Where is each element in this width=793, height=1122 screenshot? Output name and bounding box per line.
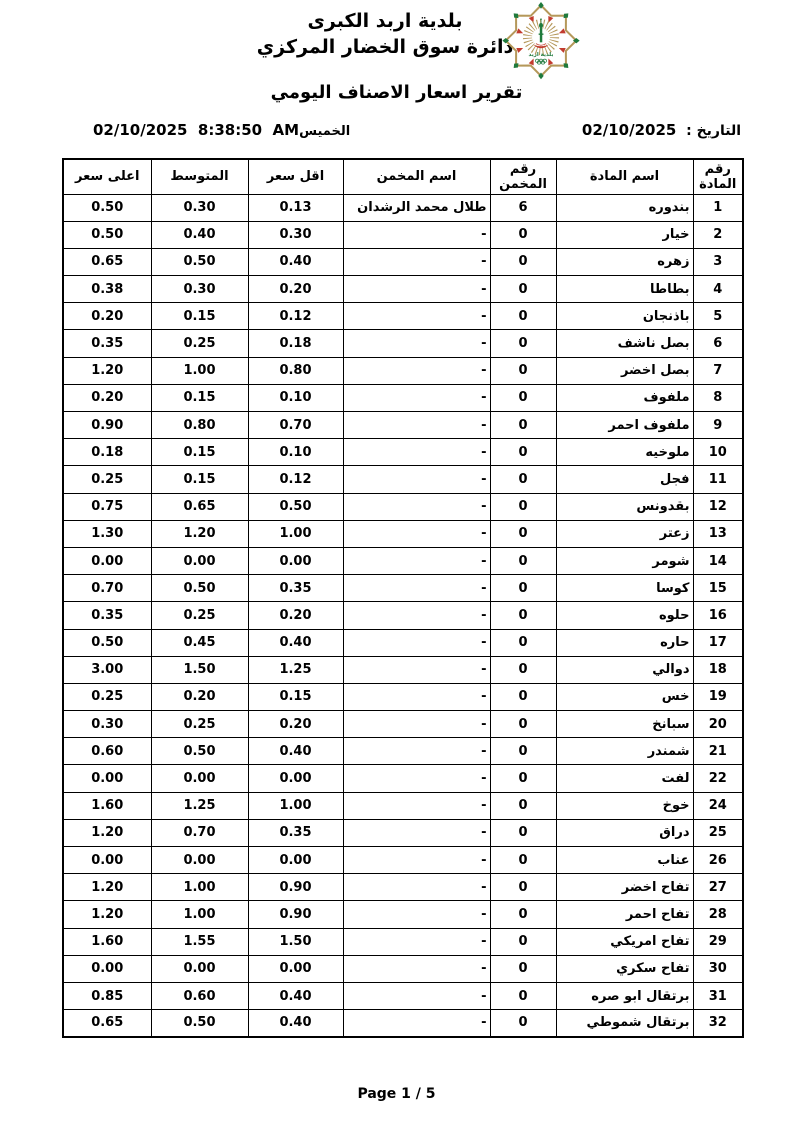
table-row: 19خس0-0.150.200.25	[63, 683, 743, 710]
organization-department: دائرة سوق الخضار المركزي	[235, 34, 535, 60]
avg-price: 0.20	[151, 683, 248, 710]
avg-price: 0.50	[151, 1010, 248, 1037]
avg-price: 0.15	[151, 384, 248, 411]
max-price: 0.85	[63, 982, 151, 1009]
assessor-number: 0	[490, 765, 556, 792]
item-name: برتقال شموطي	[556, 1010, 693, 1037]
min-price: 0.70	[248, 412, 343, 439]
max-price: 0.25	[63, 466, 151, 493]
assessor-number: 0	[490, 384, 556, 411]
avg-price: 0.25	[151, 330, 248, 357]
item-name: كوسا	[556, 575, 693, 602]
table-row: 4بطاطا0-0.200.300.38	[63, 276, 743, 303]
assessor-name: -	[343, 303, 490, 330]
item-number: 9	[693, 412, 743, 439]
table-row: 25دراق0-0.350.701.20	[63, 819, 743, 846]
item-number: 26	[693, 847, 743, 874]
avg-price: 0.80	[151, 412, 248, 439]
max-price: 0.00	[63, 847, 151, 874]
item-number: 8	[693, 384, 743, 411]
avg-price: 0.30	[151, 194, 248, 221]
table-row: 27تفاح اخضر0-0.901.001.20	[63, 874, 743, 901]
table-row: 29تفاح امريكي0-1.501.551.60	[63, 928, 743, 955]
assessor-number: 0	[490, 874, 556, 901]
item-number: 22	[693, 765, 743, 792]
max-price: 0.50	[63, 194, 151, 221]
municipality-logo-icon: بلدية اربد	[496, 2, 586, 86]
max-price: 1.30	[63, 520, 151, 547]
table-row: 28تفاح احمر0-0.901.001.20	[63, 901, 743, 928]
min-price: 0.80	[248, 357, 343, 384]
item-name: شمندر	[556, 738, 693, 765]
assessor-name: -	[343, 711, 490, 738]
min-price: 0.10	[248, 384, 343, 411]
item-number: 6	[693, 330, 743, 357]
avg-price: 0.00	[151, 765, 248, 792]
max-price: 0.35	[63, 602, 151, 629]
assessor-number: 0	[490, 575, 556, 602]
assessor-number: 6	[490, 194, 556, 221]
assessor-name: -	[343, 928, 490, 955]
assessor-number: 0	[490, 792, 556, 819]
assessor-name: -	[343, 602, 490, 629]
item-number: 16	[693, 602, 743, 629]
min-price: 0.20	[248, 276, 343, 303]
table-row: 12بقدونس0-0.500.650.75	[63, 493, 743, 520]
table-row: 22لفت0-0.000.000.00	[63, 765, 743, 792]
item-number: 10	[693, 439, 743, 466]
assessor-name: -	[343, 547, 490, 574]
avg-price: 1.20	[151, 520, 248, 547]
assessor-number: 0	[490, 520, 556, 547]
min-price: 0.90	[248, 874, 343, 901]
min-price: 1.00	[248, 792, 343, 819]
item-number: 1	[693, 194, 743, 221]
item-number: 28	[693, 901, 743, 928]
item-name: تفاح امريكي	[556, 928, 693, 955]
item-name: بصل ناشف	[556, 330, 693, 357]
organization-name: بلدية اربد الكبرى	[235, 8, 535, 34]
max-price: 0.20	[63, 384, 151, 411]
organization-header: بلدية اربد الكبرى دائرة سوق الخضار المرك…	[235, 8, 535, 60]
assessor-name: -	[343, 221, 490, 248]
item-number: 4	[693, 276, 743, 303]
assessor-name: -	[343, 982, 490, 1009]
max-price: 1.20	[63, 819, 151, 846]
max-price: 0.38	[63, 276, 151, 303]
min-price: 0.12	[248, 466, 343, 493]
table-row: 30تفاح سكري0-0.000.000.00	[63, 955, 743, 982]
item-name: ملفوف	[556, 384, 693, 411]
avg-price: 1.55	[151, 928, 248, 955]
item-name: خس	[556, 683, 693, 710]
item-number: 27	[693, 874, 743, 901]
table-row: 2خيار0-0.300.400.50	[63, 221, 743, 248]
max-price: 0.75	[63, 493, 151, 520]
item-name: بطاطا	[556, 276, 693, 303]
item-number: 19	[693, 683, 743, 710]
min-price: 0.50	[248, 493, 343, 520]
item-name: حلوه	[556, 602, 693, 629]
max-price: 0.60	[63, 738, 151, 765]
col-header-min-price: اقل سعر	[248, 159, 343, 194]
assessor-name: -	[343, 357, 490, 384]
assessor-name: -	[343, 276, 490, 303]
print-timestamp: الخميس02/10/2025 8:38:50 AM	[85, 121, 350, 139]
item-number: 21	[693, 738, 743, 765]
max-price: 1.60	[63, 792, 151, 819]
avg-price: 0.70	[151, 819, 248, 846]
max-price: 0.25	[63, 683, 151, 710]
item-name: تفاح اخضر	[556, 874, 693, 901]
assessor-name: -	[343, 1010, 490, 1037]
item-number: 7	[693, 357, 743, 384]
max-price: 1.20	[63, 901, 151, 928]
item-number: 25	[693, 819, 743, 846]
assessor-number: 0	[490, 547, 556, 574]
item-name: باذنجان	[556, 303, 693, 330]
assessor-name: -	[343, 792, 490, 819]
col-header-assessor-name: اسم المخمن	[343, 159, 490, 194]
item-name: زهره	[556, 248, 693, 275]
min-price: 1.00	[248, 520, 343, 547]
item-name: بندوره	[556, 194, 693, 221]
item-number: 3	[693, 248, 743, 275]
assessor-name: -	[343, 520, 490, 547]
table-row: 32برتقال شموطي0-0.400.500.65	[63, 1010, 743, 1037]
assessor-number: 0	[490, 439, 556, 466]
assessor-number: 0	[490, 629, 556, 656]
item-name: لفت	[556, 765, 693, 792]
min-price: 0.20	[248, 711, 343, 738]
table-row: 1بندوره6طلال محمد الرشدان0.130.300.50	[63, 194, 743, 221]
max-price: 0.50	[63, 629, 151, 656]
max-price: 0.30	[63, 711, 151, 738]
table-row: 15كوسا0-0.350.500.70	[63, 575, 743, 602]
assessor-number: 0	[490, 412, 556, 439]
table-row: 6بصل ناشف0-0.180.250.35	[63, 330, 743, 357]
avg-price: 0.50	[151, 248, 248, 275]
item-name: تفاح احمر	[556, 901, 693, 928]
assessor-number: 0	[490, 466, 556, 493]
table-row: 21شمندر0-0.400.500.60	[63, 738, 743, 765]
table-row: 11فجل0-0.120.150.25	[63, 466, 743, 493]
assessor-name: -	[343, 955, 490, 982]
min-price: 1.25	[248, 656, 343, 683]
assessor-number: 0	[490, 955, 556, 982]
item-number: 31	[693, 982, 743, 1009]
assessor-number: 0	[490, 221, 556, 248]
table-row: 18دوالي0-1.251.503.00	[63, 656, 743, 683]
item-name: بصل اخضر	[556, 357, 693, 384]
weekday-label: الخميس	[299, 124, 350, 139]
max-price: 0.50	[63, 221, 151, 248]
assessor-number: 0	[490, 330, 556, 357]
max-price: 1.60	[63, 928, 151, 955]
min-price: 0.00	[248, 955, 343, 982]
assessor-name: -	[343, 384, 490, 411]
min-price: 0.40	[248, 982, 343, 1009]
item-name: دوالي	[556, 656, 693, 683]
item-name: شومر	[556, 547, 693, 574]
item-number: 17	[693, 629, 743, 656]
table-row: 5باذنجان0-0.120.150.20	[63, 303, 743, 330]
prices-table: رقم المادة اسم المادة رقم المخمن اسم الم…	[62, 158, 744, 1038]
table-row: 8ملفوف0-0.100.150.20	[63, 384, 743, 411]
assessor-name: -	[343, 683, 490, 710]
assessor-name: -	[343, 656, 490, 683]
assessor-number: 0	[490, 493, 556, 520]
item-number: 14	[693, 547, 743, 574]
item-name: سبانخ	[556, 711, 693, 738]
max-price: 0.90	[63, 412, 151, 439]
table-row: 9ملفوف احمر0-0.700.800.90	[63, 412, 743, 439]
min-price: 0.00	[248, 847, 343, 874]
col-header-assessor-number: رقم المخمن	[490, 159, 556, 194]
min-price: 0.30	[248, 221, 343, 248]
assessor-number: 0	[490, 928, 556, 955]
avg-price: 1.00	[151, 357, 248, 384]
avg-price: 0.00	[151, 547, 248, 574]
item-number: 11	[693, 466, 743, 493]
min-price: 0.15	[248, 683, 343, 710]
avg-price: 0.60	[151, 982, 248, 1009]
avg-price: 1.25	[151, 792, 248, 819]
assessor-number: 0	[490, 847, 556, 874]
assessor-name: -	[343, 248, 490, 275]
assessor-name: -	[343, 493, 490, 520]
assessor-name: -	[343, 819, 490, 846]
date-value: 02/10/2025	[582, 121, 676, 139]
assessor-number: 0	[490, 602, 556, 629]
item-number: 32	[693, 1010, 743, 1037]
table-row: 17حاره0-0.400.450.50	[63, 629, 743, 656]
col-header-item-name: اسم المادة	[556, 159, 693, 194]
min-price: 0.40	[248, 1010, 343, 1037]
item-number: 24	[693, 792, 743, 819]
assessor-number: 0	[490, 982, 556, 1009]
max-price: 0.18	[63, 439, 151, 466]
assessor-number: 0	[490, 901, 556, 928]
assessor-name: -	[343, 439, 490, 466]
table-row: 14شومر0-0.000.000.00	[63, 547, 743, 574]
max-price: 0.00	[63, 547, 151, 574]
svg-text:بلدية اربد: بلدية اربد	[529, 52, 554, 58]
assessor-name: -	[343, 847, 490, 874]
date-label: التاريخ :	[676, 123, 741, 139]
item-number: 30	[693, 955, 743, 982]
min-price: 0.20	[248, 602, 343, 629]
min-price: 0.00	[248, 765, 343, 792]
assessor-number: 0	[490, 1010, 556, 1037]
assessor-number: 0	[490, 357, 556, 384]
table-row: 16حلوه0-0.200.250.35	[63, 602, 743, 629]
min-price: 0.18	[248, 330, 343, 357]
avg-price: 0.65	[151, 493, 248, 520]
min-price: 0.12	[248, 303, 343, 330]
assessor-name: -	[343, 330, 490, 357]
item-name: فجل	[556, 466, 693, 493]
min-price: 0.00	[248, 547, 343, 574]
assessor-name: -	[343, 629, 490, 656]
avg-price: 1.50	[151, 656, 248, 683]
item-name: حاره	[556, 629, 693, 656]
item-name: خيار	[556, 221, 693, 248]
item-name: ملفوف احمر	[556, 412, 693, 439]
item-number: 5	[693, 303, 743, 330]
table-row: 26عناب0-0.000.000.00	[63, 847, 743, 874]
avg-price: 0.25	[151, 711, 248, 738]
table-row: 7بصل اخضر0-0.801.001.20	[63, 357, 743, 384]
page-number: Page 1 / 5	[0, 1086, 793, 1102]
table-row: 3زهره0-0.400.500.65	[63, 248, 743, 275]
min-price: 0.13	[248, 194, 343, 221]
max-price: 0.20	[63, 303, 151, 330]
report-date: التاريخ : 02/10/2025	[582, 121, 741, 139]
assessor-name: -	[343, 874, 490, 901]
assessor-number: 0	[490, 248, 556, 275]
max-price: 0.00	[63, 765, 151, 792]
assessor-name: -	[343, 738, 490, 765]
max-price: 1.20	[63, 357, 151, 384]
col-header-avg-price: المتوسط	[151, 159, 248, 194]
table-header-row: رقم المادة اسم المادة رقم المخمن اسم الم…	[63, 159, 743, 194]
avg-price: 0.00	[151, 955, 248, 982]
assessor-name: -	[343, 412, 490, 439]
avg-price: 0.15	[151, 303, 248, 330]
assessor-name: -	[343, 765, 490, 792]
datetime-value: 02/10/2025 8:38:50 AM	[93, 121, 299, 139]
avg-price: 0.15	[151, 466, 248, 493]
item-name: خوخ	[556, 792, 693, 819]
avg-price: 1.00	[151, 901, 248, 928]
avg-price: 0.30	[151, 276, 248, 303]
report-title: تقرير اسعار الاصناف اليومي	[0, 82, 793, 103]
col-header-max-price: اعلى سعر	[63, 159, 151, 194]
min-price: 0.35	[248, 575, 343, 602]
avg-price: 0.50	[151, 738, 248, 765]
min-price: 0.40	[248, 248, 343, 275]
min-price: 0.40	[248, 738, 343, 765]
min-price: 1.50	[248, 928, 343, 955]
table-row: 31برتقال ابو صره0-0.400.600.85	[63, 982, 743, 1009]
item-number: 12	[693, 493, 743, 520]
item-name: تفاح سكري	[556, 955, 693, 982]
max-price: 0.70	[63, 575, 151, 602]
item-name: عناب	[556, 847, 693, 874]
max-price: 3.00	[63, 656, 151, 683]
max-price: 1.20	[63, 874, 151, 901]
item-number: 29	[693, 928, 743, 955]
assessor-name: -	[343, 466, 490, 493]
item-name: دراق	[556, 819, 693, 846]
avg-price: 0.15	[151, 439, 248, 466]
max-price: 0.65	[63, 248, 151, 275]
avg-price: 0.50	[151, 575, 248, 602]
assessor-name: -	[343, 575, 490, 602]
min-price: 0.40	[248, 629, 343, 656]
report-page: بلدية اربد الكبرى دائرة سوق الخضار المرك…	[0, 0, 793, 1122]
assessor-number: 0	[490, 819, 556, 846]
item-name: زعتر	[556, 520, 693, 547]
item-name: برتقال ابو صره	[556, 982, 693, 1009]
item-number: 18	[693, 656, 743, 683]
item-number: 2	[693, 221, 743, 248]
item-number: 15	[693, 575, 743, 602]
table-row: 13زعتر0-1.001.201.30	[63, 520, 743, 547]
assessor-number: 0	[490, 711, 556, 738]
item-number: 20	[693, 711, 743, 738]
table-row: 24خوخ0-1.001.251.60	[63, 792, 743, 819]
assessor-name: طلال محمد الرشدان	[343, 194, 490, 221]
max-price: 0.65	[63, 1010, 151, 1037]
max-price: 0.00	[63, 955, 151, 982]
item-number: 13	[693, 520, 743, 547]
item-name: ملوخيه	[556, 439, 693, 466]
min-price: 0.35	[248, 819, 343, 846]
item-name: بقدونس	[556, 493, 693, 520]
avg-price: 1.00	[151, 874, 248, 901]
assessor-name: -	[343, 901, 490, 928]
avg-price: 0.25	[151, 602, 248, 629]
assessor-number: 0	[490, 656, 556, 683]
min-price: 0.90	[248, 901, 343, 928]
max-price: 0.35	[63, 330, 151, 357]
avg-price: 0.45	[151, 629, 248, 656]
assessor-number: 0	[490, 303, 556, 330]
assessor-number: 0	[490, 276, 556, 303]
assessor-number: 0	[490, 683, 556, 710]
avg-price: 0.40	[151, 221, 248, 248]
assessor-number: 0	[490, 738, 556, 765]
table-body: 1بندوره6طلال محمد الرشدان0.130.300.502خي…	[63, 194, 743, 1037]
col-header-item-number: رقم المادة	[693, 159, 743, 194]
min-price: 0.10	[248, 439, 343, 466]
table-row: 10ملوخيه0-0.100.150.18	[63, 439, 743, 466]
table-row: 20سبانخ0-0.200.250.30	[63, 711, 743, 738]
avg-price: 0.00	[151, 847, 248, 874]
